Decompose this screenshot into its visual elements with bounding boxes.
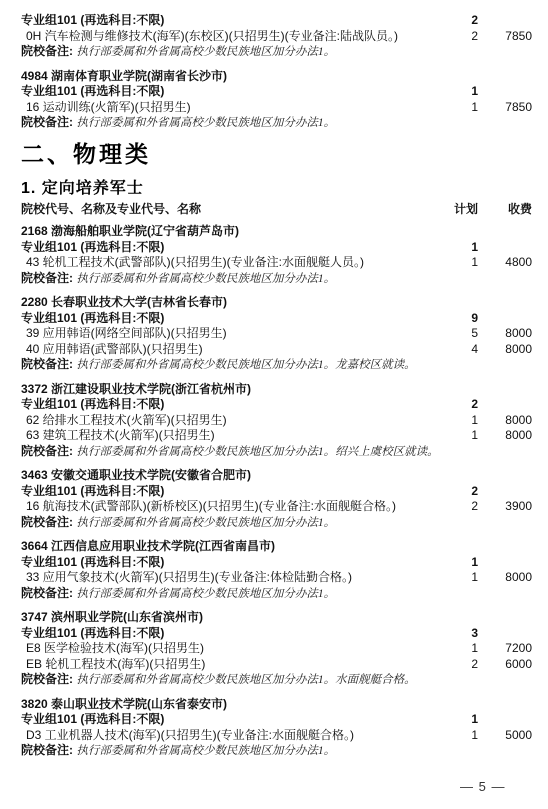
group-label: 专业组101 (再选科目:不限) [21,484,436,500]
college-block: 4984 湖南体育职业学院(湖南省长沙市) 专业组101 (再选科目:不限) 1… [21,69,532,132]
remark-text: 执行部委属和外省属高校少数民族地区加分办法1。绍兴上虞校区就读。 [76,446,438,458]
college-name: 2280 长春职业技术大学(吉林省长春市) [21,295,532,311]
major-name: E8 医学检验技术(海军)(只招男生) [21,641,436,657]
college-block: 3463 安徽交通职业技术学院(安徽省合肥市) 专业组101 (再选科目:不限)… [21,468,532,531]
major-plan: 2 [436,29,478,45]
major-fee: 7850 [478,100,532,116]
college-name: 3372 浙江建设职业技术学院(浙江省杭州市) [21,382,532,398]
major-name: 63 建筑工程技术(火箭军)(只招男生) [21,428,436,444]
major-row: 0H 汽车检测与维修技术(海军)(东校区)(只招男生)(专业备注:陆战队员。) … [21,29,532,45]
major-fee: 8000 [478,326,532,342]
major-plan: 1 [436,255,478,271]
major-name: EB 轮机工程技术(海军)(只招男生) [21,657,436,673]
major-name: 0H 汽车检测与维修技术(海军)(东校区)(只招男生)(专业备注:陆战队员。) [21,29,436,45]
major-fee: 8000 [478,342,532,358]
college-name: 3664 江西信息应用职业技术学院(江西省南昌市) [21,539,532,555]
group-row: 专业组101 (再选科目:不限) 2 [21,13,532,29]
college-name: 2168 渤海船舶职业学院(辽宁省葫芦岛市) [21,224,532,240]
remark-row: 院校备注: 执行部委属和外省属高校少数民族地区加分办法1。 [21,271,532,288]
remark-text: 执行部委属和外省属高校少数民族地区加分办法1。 [76,273,335,285]
major-fee: 5000 [478,728,532,744]
college-name: 3820 泰山职业技术学院(山东省泰安市) [21,697,532,713]
major-row: 39 应用韩语(网络空间部队)(只招男生) 5 8000 [21,326,532,342]
remark-label: 院校备注: [21,743,73,757]
header-fee-col: 收费 [478,202,532,218]
group-row: 专业组101 (再选科目:不限) 1 [21,712,532,728]
remark-label: 院校备注: [21,515,73,529]
major-name: 16 航海技术(武警部队)(新桥校区)(只招男生)(专业备注:水面舰艇合格。) [21,499,436,515]
major-name: 62 给排水工程技术(火箭军)(只招男生) [21,413,436,429]
major-plan: 2 [436,657,478,673]
subsection-heading: 1. 定向培养军士 [21,178,532,199]
remark-row: 院校备注: 执行部委属和外省属高校少数民族地区加分办法1。绍兴上虞校区就读。 [21,444,532,461]
major-fee: 6000 [478,657,532,673]
college-block: 专业组101 (再选科目:不限) 2 0H 汽车检测与维修技术(海军)(东校区)… [21,13,532,61]
group-plan: 1 [436,240,478,256]
group-plan: 2 [436,13,478,29]
section-heading: 二、物理类 [21,140,532,168]
group-row: 专业组101 (再选科目:不限) 1 [21,555,532,571]
group-row: 专业组101 (再选科目:不限) 2 [21,397,532,413]
major-row: 33 应用气象技术(火箭军)(只招男生)(专业备注:体检陆勤合格。) 1 800… [21,570,532,586]
group-label: 专业组101 (再选科目:不限) [21,712,436,728]
major-plan: 1 [436,641,478,657]
remark-label: 院校备注: [21,672,73,686]
group-row: 专业组101 (再选科目:不限) 1 [21,240,532,256]
major-fee: 7200 [478,641,532,657]
major-row: 16 运动训练(火箭军)(只招男生) 1 7850 [21,100,532,116]
college-block: 3372 浙江建设职业技术学院(浙江省杭州市) 专业组101 (再选科目:不限)… [21,382,532,461]
major-row: 63 建筑工程技术(火箭军)(只招男生) 1 8000 [21,428,532,444]
group-plan: 1 [436,555,478,571]
major-plan: 1 [436,428,478,444]
remark-label: 院校备注: [21,271,73,285]
remark-row: 院校备注: 执行部委属和外省属高校少数民族地区加分办法1。 [21,743,532,760]
remark-row: 院校备注: 执行部委属和外省属高校少数民族地区加分办法1。水面舰艇合格。 [21,672,532,689]
major-row: EB 轮机工程技术(海军)(只招男生) 2 6000 [21,657,532,673]
page-number: — 5 — [460,779,505,794]
remark-label: 院校备注: [21,586,73,600]
major-fee: 7850 [478,29,532,45]
group-row: 专业组101 (再选科目:不限) 9 [21,311,532,327]
college-block: 3747 滨州职业学院(山东省滨州市) 专业组101 (再选科目:不限) 3 E… [21,610,532,689]
college-name: 3463 安徽交通职业技术学院(安徽省合肥市) [21,468,532,484]
major-name: 43 轮机工程技术(武警部队)(只招男生)(专业备注:水面舰艇人员。) [21,255,436,271]
remark-row: 院校备注: 执行部委属和外省属高校少数民族地区加分办法1。 [21,44,532,61]
remark-label: 院校备注: [21,44,73,58]
major-plan: 1 [436,728,478,744]
major-row: 40 应用韩语(武警部队)(只招男生) 4 8000 [21,342,532,358]
group-plan: 3 [436,626,478,642]
major-plan: 1 [436,100,478,116]
group-label: 专业组101 (再选科目:不限) [21,626,436,642]
major-fee: 4800 [478,255,532,271]
college-block: 2168 渤海船舶职业学院(辽宁省葫芦岛市) 专业组101 (再选科目:不限) … [21,224,532,287]
group-label: 专业组101 (再选科目:不限) [21,311,436,327]
remark-text: 执行部委属和外省属高校少数民族地区加分办法1。水面舰艇合格。 [76,674,415,686]
college-block: 2280 长春职业技术大学(吉林省长春市) 专业组101 (再选科目:不限) 9… [21,295,532,374]
major-row: 16 航海技术(武警部队)(新桥校区)(只招男生)(专业备注:水面舰艇合格。) … [21,499,532,515]
group-label: 专业组101 (再选科目:不限) [21,240,436,256]
remark-text: 执行部委属和外省属高校少数民族地区加分办法1。龙嘉校区就读。 [76,359,415,371]
group-plan: 2 [436,397,478,413]
college-name: 4984 湖南体育职业学院(湖南省长沙市) [21,69,532,85]
group-label: 专业组101 (再选科目:不限) [21,13,436,29]
major-fee: 8000 [478,570,532,586]
major-name: D3 工业机器人技术(海军)(只招男生)(专业备注:水面舰艇合格。) [21,728,436,744]
remark-row: 院校备注: 执行部委属和外省属高校少数民族地区加分办法1。 [21,115,532,132]
major-row: 62 给排水工程技术(火箭军)(只招男生) 1 8000 [21,413,532,429]
remark-text: 执行部委属和外省属高校少数民族地区加分办法1。 [76,117,335,129]
group-row: 专业组101 (再选科目:不限) 3 [21,626,532,642]
remark-text: 执行部委属和外省属高校少数民族地区加分办法1。 [76,46,335,58]
remark-text: 执行部委属和外省属高校少数民族地区加分办法1。 [76,517,335,529]
group-row: 专业组101 (再选科目:不限) 2 [21,484,532,500]
document-page: 专业组101 (再选科目:不限) 2 0H 汽车检测与维修技术(海军)(东校区)… [0,0,548,809]
header-plan-col: 计划 [436,202,478,218]
major-fee: 8000 [478,413,532,429]
group-label: 专业组101 (再选科目:不限) [21,555,436,571]
remark-label: 院校备注: [21,357,73,371]
major-name: 33 应用气象技术(火箭军)(只招男生)(专业备注:体检陆勤合格。) [21,570,436,586]
remark-label: 院校备注: [21,115,73,129]
table-header: 院校代号、名称及专业代号、名称 计划 收费 [21,202,532,218]
major-name: 16 运动训练(火箭军)(只招男生) [21,100,436,116]
major-plan: 5 [436,326,478,342]
major-plan: 4 [436,342,478,358]
major-plan: 1 [436,413,478,429]
major-fee: 3900 [478,499,532,515]
remark-label: 院校备注: [21,444,73,458]
college-block: 3820 泰山职业技术学院(山东省泰安市) 专业组101 (再选科目:不限) 1… [21,697,532,760]
major-name: 39 应用韩语(网络空间部队)(只招男生) [21,326,436,342]
header-name-col: 院校代号、名称及专业代号、名称 [21,202,436,218]
major-name: 40 应用韩语(武警部队)(只招男生) [21,342,436,358]
major-row: E8 医学检验技术(海军)(只招男生) 1 7200 [21,641,532,657]
remark-row: 院校备注: 执行部委属和外省属高校少数民族地区加分办法1。 [21,586,532,603]
group-label: 专业组101 (再选科目:不限) [21,397,436,413]
major-row: 43 轮机工程技术(武警部队)(只招男生)(专业备注:水面舰艇人员。) 1 48… [21,255,532,271]
major-plan: 2 [436,499,478,515]
group-plan: 2 [436,484,478,500]
group-plan: 1 [436,712,478,728]
group-plan: 1 [436,84,478,100]
major-fee: 8000 [478,428,532,444]
remark-row: 院校备注: 执行部委属和外省属高校少数民族地区加分办法1。 [21,515,532,532]
college-name: 3747 滨州职业学院(山东省滨州市) [21,610,532,626]
major-row: D3 工业机器人技术(海军)(只招男生)(专业备注:水面舰艇合格。) 1 500… [21,728,532,744]
major-plan: 1 [436,570,478,586]
remark-row: 院校备注: 执行部委属和外省属高校少数民族地区加分办法1。龙嘉校区就读。 [21,357,532,374]
group-plan: 9 [436,311,478,327]
remark-text: 执行部委属和外省属高校少数民族地区加分办法1。 [76,588,335,600]
group-row: 专业组101 (再选科目:不限) 1 [21,84,532,100]
group-label: 专业组101 (再选科目:不限) [21,84,436,100]
remark-text: 执行部委属和外省属高校少数民族地区加分办法1。 [76,745,335,757]
college-block: 3664 江西信息应用职业技术学院(江西省南昌市) 专业组101 (再选科目:不… [21,539,532,602]
